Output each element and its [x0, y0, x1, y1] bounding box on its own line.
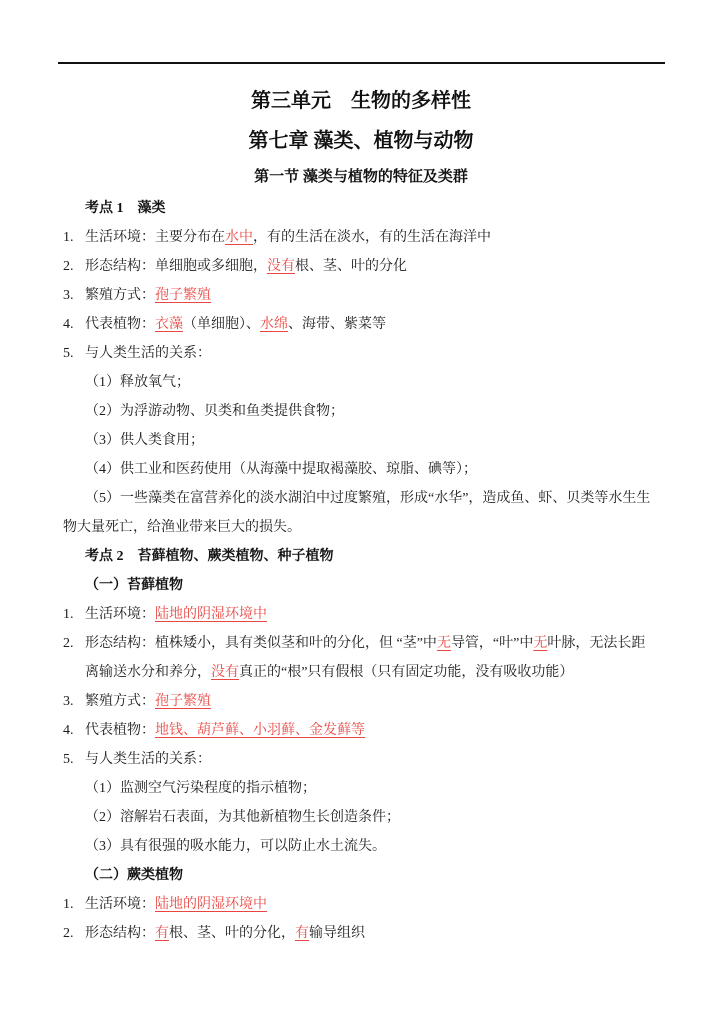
text-segment: 导管，“叶”中	[451, 636, 533, 651]
sub-list-item: （3）供人类食用；	[63, 426, 658, 455]
item-number: 1.	[63, 890, 74, 919]
text-segment: 考点 2 苔藓植物、蕨类植物、种子植物	[85, 549, 334, 564]
chapter-title: 第七章 藻类、植物与动物	[0, 126, 722, 156]
text-segment: 形态结构：	[85, 926, 155, 941]
key-term-underlined: 无	[437, 636, 451, 651]
sub-list-item: （2）为浮游动物、贝类和鱼类提供食物；	[63, 397, 658, 426]
text-segment: （3）具有很强的吸水能力，可以防止水土流失。	[85, 839, 386, 854]
text-segment: 形态结构：植株矮小，具有类似茎和叶的分化，但 “茎”中	[85, 636, 437, 651]
list-item: 1.生活环境：陆地的阴湿环境中	[63, 600, 658, 629]
unit-title: 第三单元 生物的多样性	[0, 86, 722, 116]
text-segment: 输导组织	[309, 926, 365, 941]
key-term-underlined: 水中	[225, 230, 253, 245]
topic-heading: 考点 1 藻类	[63, 194, 658, 223]
item-number: 2.	[63, 252, 74, 281]
key-term-underlined: 无	[533, 636, 547, 651]
text-segment: 、海带、紫菜等	[288, 317, 386, 332]
text-segment: 生活环境：主要分布在	[85, 230, 225, 245]
text-segment: 与人类生活的关系：	[85, 752, 211, 767]
text-segment: 生活环境：	[85, 897, 155, 912]
text-segment: 生活环境：	[85, 607, 155, 622]
item-number: 4.	[63, 716, 74, 745]
item-number: 3.	[63, 281, 74, 310]
text-segment: 代表植物：	[85, 317, 155, 332]
key-term-underlined: 孢子繁殖	[155, 694, 211, 709]
text-segment: 代表植物：	[85, 723, 155, 738]
sub-list-item: （1）监测空气污染程度的指示植物；	[63, 774, 658, 803]
key-term-underlined: 没有	[211, 665, 239, 680]
text-segment: （一）苔藓植物	[85, 578, 183, 593]
text-segment: （1）释放氧气；	[85, 375, 190, 390]
key-term-underlined: 陆地的阴湿环境中	[155, 607, 267, 622]
item-number: 5.	[63, 745, 74, 774]
key-term-underlined: 水绵	[260, 317, 288, 332]
sub-list-item: （5）一些藻类在富营养化的淡水湖泊中过度繁殖，形成“水华”，造成鱼、虾、贝类等水…	[63, 484, 658, 542]
key-term-underlined: 有	[155, 926, 169, 941]
item-number: 2.	[63, 629, 74, 658]
list-item: 4.代表植物：衣藻（单细胞）、水绵、海带、紫菜等	[63, 310, 658, 339]
subsection-heading: （一）苔藓植物	[63, 571, 658, 600]
list-item: 5.与人类生活的关系：	[63, 745, 658, 774]
text-segment: （二）蕨类植物	[85, 868, 183, 883]
document-body: 考点 1 藻类1.生活环境：主要分布在水中，有的生活在淡水，有的生活在海洋中2.…	[63, 194, 658, 948]
document-page: 第三单元 生物的多样性 第七章 藻类、植物与动物 第一节 藻类与植物的特征及类群…	[0, 0, 722, 1024]
text-segment: （单细胞）、	[183, 317, 260, 332]
sub-list-item: （1）释放氧气；	[63, 368, 658, 397]
key-term-underlined: 没有	[267, 259, 295, 274]
text-segment: 繁殖方式：	[85, 288, 155, 303]
text-segment: （1）监测空气污染程度的指示植物；	[85, 781, 316, 796]
list-item: 2.形态结构：植株矮小，具有类似茎和叶的分化，但 “茎”中无导管，“叶”中无叶脉…	[63, 629, 658, 687]
text-segment: （4）供工业和医药使用（从海藻中提取褐藻胶、琼脂、碘等）；	[85, 462, 477, 477]
text-segment: 根、茎、叶的分化，	[169, 926, 295, 941]
topic-heading: 考点 2 苔藓植物、蕨类植物、种子植物	[63, 542, 658, 571]
key-term-underlined: 衣藻	[155, 317, 183, 332]
text-segment: 形态结构：单细胞或多细胞，	[85, 259, 267, 274]
header-divider-line	[58, 62, 665, 64]
item-number: 3.	[63, 687, 74, 716]
sub-list-item: （3）具有很强的吸水能力，可以防止水土流失。	[63, 832, 658, 861]
text-segment: 考点 1 藻类	[85, 201, 166, 216]
key-term-underlined: 地钱、葫芦藓、小羽藓、金发藓等	[155, 723, 365, 738]
text-segment: （3）供人类食用；	[85, 433, 204, 448]
key-term-underlined: 有	[295, 926, 309, 941]
item-number: 1.	[63, 223, 74, 252]
text-segment: 繁殖方式：	[85, 694, 155, 709]
list-item: 5.与人类生活的关系：	[63, 339, 658, 368]
key-term-underlined: 孢子繁殖	[155, 288, 211, 303]
text-segment: （5）一些藻类在富营养化的淡水湖泊中过度繁殖，形成“水华”，造成鱼、虾、贝类等水…	[63, 491, 650, 535]
text-segment: （2）为浮游动物、贝类和鱼类提供食物；	[85, 404, 344, 419]
text-segment: （2）溶解岩石表面，为其他新植物生长创造条件；	[85, 810, 400, 825]
list-item: 2.形态结构：有根、茎、叶的分化，有输导组织	[63, 919, 658, 948]
list-item: 1.生活环境：主要分布在水中，有的生活在淡水，有的生活在海洋中	[63, 223, 658, 252]
list-item: 4.代表植物：地钱、葫芦藓、小羽藓、金发藓等	[63, 716, 658, 745]
key-term-underlined: 陆地的阴湿环境中	[155, 897, 267, 912]
text-segment: 与人类生活的关系：	[85, 346, 211, 361]
subsection-heading: （二）蕨类植物	[63, 861, 658, 890]
list-item: 1.生活环境：陆地的阴湿环境中	[63, 890, 658, 919]
item-number: 1.	[63, 600, 74, 629]
list-item: 2.形态结构：单细胞或多细胞，没有根、茎、叶的分化	[63, 252, 658, 281]
list-item: 3.繁殖方式：孢子繁殖	[63, 281, 658, 310]
text-segment: ，有的生活在淡水，有的生活在海洋中	[253, 230, 491, 245]
text-segment: 根、茎、叶的分化	[295, 259, 407, 274]
item-number: 2.	[63, 919, 74, 948]
text-segment: 真正的“根”只有假根（只有固定功能，没有吸收功能）	[239, 665, 573, 680]
sub-list-item: （4）供工业和医药使用（从海藻中提取褐藻胶、琼脂、碘等）；	[63, 455, 658, 484]
section-title: 第一节 藻类与植物的特征及类群	[0, 166, 722, 188]
item-number: 4.	[63, 310, 74, 339]
list-item: 3.繁殖方式：孢子繁殖	[63, 687, 658, 716]
sub-list-item: （2）溶解岩石表面，为其他新植物生长创造条件；	[63, 803, 658, 832]
item-number: 5.	[63, 339, 74, 368]
